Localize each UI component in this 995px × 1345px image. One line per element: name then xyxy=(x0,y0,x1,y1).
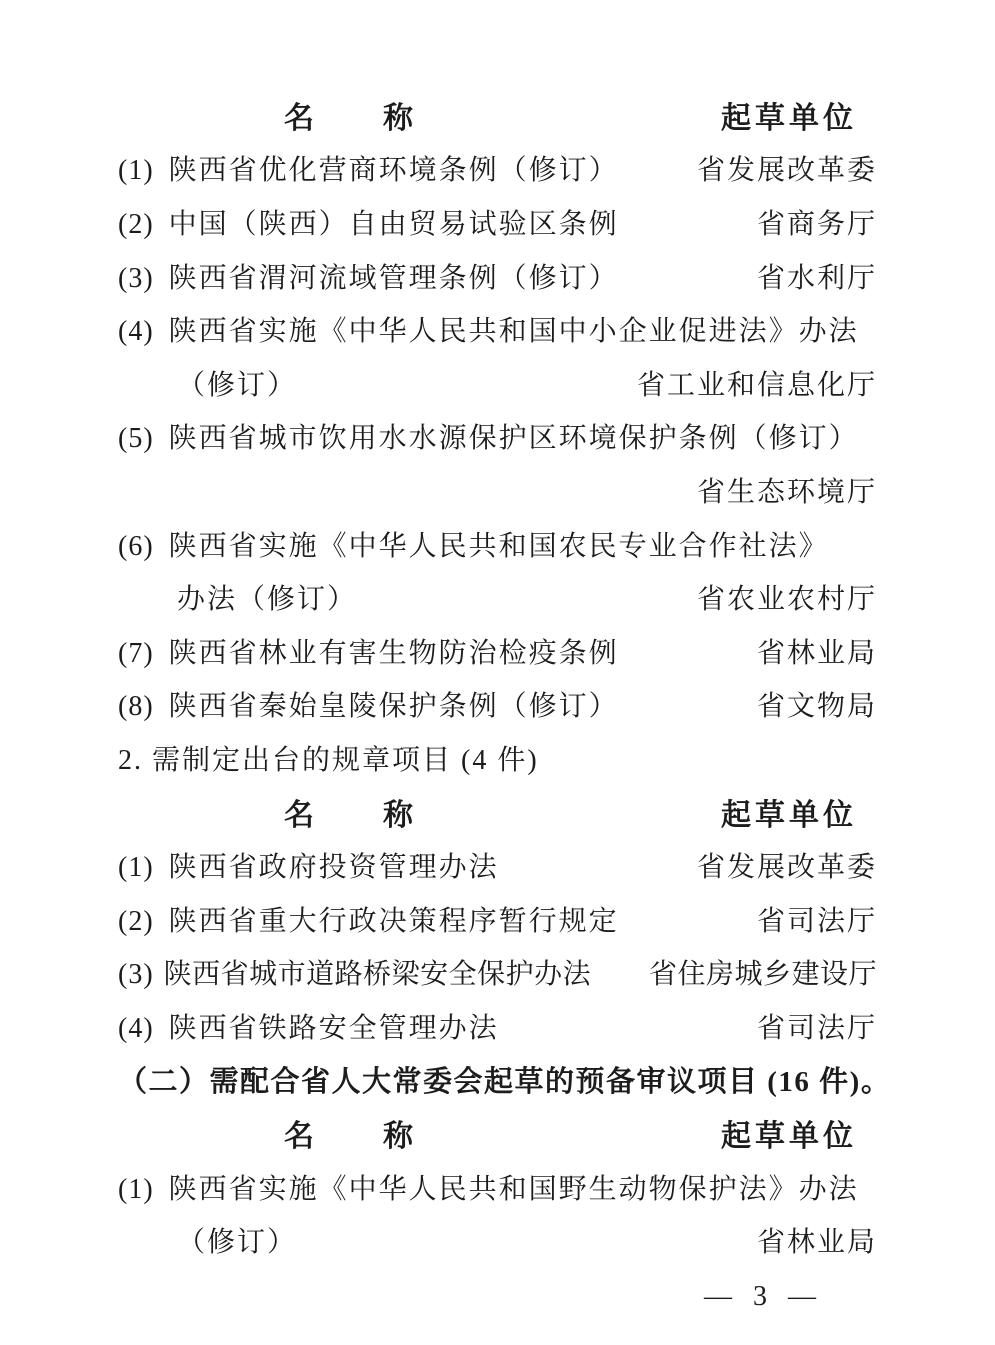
item-number: (1) xyxy=(118,1174,154,1206)
table-header-npc-drafts: 名 称 起草单位 xyxy=(118,1106,877,1160)
regulation-name: 陕西省秦始皇陵保护条例（修订） xyxy=(169,684,619,724)
rule-name: 陕西省铁路安全管理办法 xyxy=(169,1006,499,1046)
regulation-name: 陕西省渭河流域管理条例（修订） xyxy=(169,256,619,296)
drafting-unit: 省工业和信息化厅 xyxy=(637,363,877,403)
drafting-unit: 省发展改革委 xyxy=(697,845,877,885)
drafting-unit: 省农业农村厅 xyxy=(697,577,877,617)
drafting-unit: 省商务厅 xyxy=(757,202,877,242)
regulation-item: (2)中国（陕西）自由贸易试验区条例 省商务厅 xyxy=(118,195,877,249)
item-number: (5) xyxy=(118,423,154,455)
table-header-regulations: 名 称 起草单位 xyxy=(118,88,877,142)
page-footer: — 3 — xyxy=(118,1267,877,1327)
npc-draft-item: (1)陕西省实施《中华人民共和国野生动物保护法》办法 xyxy=(118,1160,877,1214)
column-header-unit: 起草单位 xyxy=(721,790,877,834)
page-number: — 3 — xyxy=(704,1281,823,1313)
drafting-unit: 省生态环境厅 xyxy=(697,470,877,510)
column-header-unit: 起草单位 xyxy=(721,93,877,137)
column-header-name: 名 称 xyxy=(118,1111,416,1155)
item-number: (8) xyxy=(118,691,154,723)
table-header-rules: 名 称 起草单位 xyxy=(118,785,877,839)
regulation-item: (1)陕西省优化营商环境条例（修订） 省发展改革委 xyxy=(118,142,877,196)
document-page: 名 称 起草单位 (1)陕西省优化营商环境条例（修订） 省发展改革委 (2)中国… xyxy=(0,0,995,1327)
item-number: (7) xyxy=(118,638,154,670)
regulation-item: (7)陕西省林业有害生物防治检疫条例 省林业局 xyxy=(118,624,877,678)
regulation-item: (5)陕西省城市饮用水水源保护区环境保护条例（修订） xyxy=(118,410,877,464)
regulation-name: 中国（陕西）自由贸易试验区条例 xyxy=(169,202,619,242)
drafting-unit: 省文物局 xyxy=(757,684,877,724)
regulation-item-continuation: （修订） 省工业和信息化厅 xyxy=(118,356,877,410)
draft-name: 陕西省实施《中华人民共和国野生动物保护法》办法 xyxy=(169,1167,859,1207)
regulation-item-continuation: 省生态环境厅 xyxy=(118,463,877,517)
rule-name: 陕西省政府投资管理办法 xyxy=(169,845,499,885)
regulation-item: (4)陕西省实施《中华人民共和国中小企业促进法》办法 xyxy=(118,302,877,356)
regulation-name: 陕西省实施《中华人民共和国中小企业促进法》办法 xyxy=(169,309,859,349)
drafting-unit: 省司法厅 xyxy=(757,1006,877,1046)
section-heading-2: （二）需配合省人大常委会起草的预备审议项目 (16 件)。 xyxy=(118,1053,877,1107)
column-header-name: 名 称 xyxy=(118,93,416,137)
rule-item: (4)陕西省铁路安全管理办法 省司法厅 xyxy=(118,999,877,1053)
regulation-name: 陕西省优化营商环境条例（修订） xyxy=(169,148,619,188)
regulation-item-continuation: 办法（修订） 省农业农村厅 xyxy=(118,570,877,624)
drafting-unit: 省住房城乡建设厅 xyxy=(649,952,877,992)
draft-name-continued: （修订） xyxy=(118,1220,297,1260)
regulation-name-continued: 办法（修订） xyxy=(118,577,357,617)
item-number: (3) xyxy=(118,959,154,991)
regulation-name: 陕西省实施《中华人民共和国农民专业合作社法》 xyxy=(169,524,829,564)
drafting-unit: 省林业局 xyxy=(757,1220,877,1260)
item-number: (3) xyxy=(118,263,154,295)
rule-name: 陕西省重大行政决策程序暂行规定 xyxy=(169,899,619,939)
item-number: (4) xyxy=(118,1013,154,1045)
npc-draft-item-continuation: （修订） 省林业局 xyxy=(118,1213,877,1267)
drafting-unit: 省发展改革委 xyxy=(697,148,877,188)
drafting-unit: 省司法厅 xyxy=(757,899,877,939)
subheading-rules: 2. 需制定出台的规章项目 (4 件) xyxy=(118,731,877,785)
drafting-unit: 省林业局 xyxy=(757,631,877,671)
regulation-name-continued: （修订） xyxy=(118,363,297,403)
item-number: (4) xyxy=(118,316,154,348)
rule-item: (2)陕西省重大行政决策程序暂行规定 省司法厅 xyxy=(118,892,877,946)
regulation-item: (3)陕西省渭河流域管理条例（修订） 省水利厅 xyxy=(118,249,877,303)
rule-name: 陕西省城市道路桥梁安全保护办法 xyxy=(164,952,592,992)
regulation-item: (8)陕西省秦始皇陵保护条例（修订） 省文物局 xyxy=(118,678,877,732)
item-number: (1) xyxy=(118,155,154,187)
regulation-name: 陕西省林业有害生物防治检疫条例 xyxy=(169,631,619,671)
drafting-unit: 省水利厅 xyxy=(757,256,877,296)
rule-item: (3)陕西省城市道路桥梁安全保护办法 省住房城乡建设厅 xyxy=(118,946,877,1000)
column-header-unit: 起草单位 xyxy=(721,1111,877,1155)
rule-item: (1)陕西省政府投资管理办法 省发展改革委 xyxy=(118,838,877,892)
regulation-item: (6)陕西省实施《中华人民共和国农民专业合作社法》 xyxy=(118,517,877,571)
item-number: (2) xyxy=(118,209,154,241)
regulation-name: 陕西省城市饮用水水源保护区环境保护条例（修订） xyxy=(169,416,859,456)
item-number: (1) xyxy=(118,852,154,884)
item-number: (6) xyxy=(118,531,154,563)
column-header-name: 名 称 xyxy=(118,790,416,834)
item-number: (2) xyxy=(118,906,154,938)
